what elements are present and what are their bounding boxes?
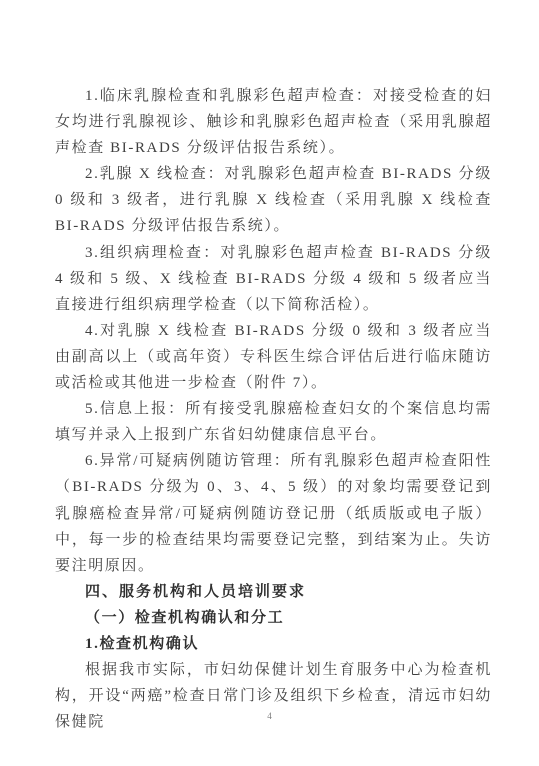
- paragraph: 1.临床乳腺检查和乳腺彩色超声检查：对接受检查的妇女均进行乳腺视诊、触诊和乳腺彩…: [55, 83, 492, 161]
- paragraph: 6.异常/可疑病例随访管理：所有乳腺彩色超声检查阳性（BI-RADS 分级为 0…: [55, 448, 492, 578]
- paragraph: 2.乳腺 X 线检查：对乳腺彩色超声检查 BI-RADS 分级 0 级和 3 级…: [55, 161, 492, 239]
- paragraph: 3.组织病理检查：对乳腺彩色超声检查 BI-RADS 分级 4 级和 5 级、X…: [55, 240, 492, 318]
- paragraph: 4.对乳腺 X 线检查 BI-RADS 分级 0 级和 3 级者应当由副高以上（…: [55, 318, 492, 396]
- heading: 四、服务机构和人员培训要求: [55, 579, 492, 605]
- heading: （一）检查机构确认和分工: [55, 605, 492, 631]
- heading: 1.检查机构确认: [55, 631, 492, 657]
- page-number: 4: [0, 710, 539, 722]
- paragraph: 根据我市实际，市妇幼保健计划生育服务中心为检查机构，开设“两癌”检查日常门诊及组…: [55, 657, 492, 735]
- text-block: 1.临床乳腺检查和乳腺彩色超声检查：对接受检查的妇女均进行乳腺视诊、触诊和乳腺彩…: [55, 83, 492, 735]
- paragraph: 5.信息上报：所有接受乳腺癌检查妇女的个案信息均需填写并录入上报到广东省妇幼健康…: [55, 396, 492, 448]
- document-page: 1.临床乳腺检查和乳腺彩色超声检查：对接受检查的妇女均进行乳腺视诊、触诊和乳腺彩…: [0, 0, 539, 766]
